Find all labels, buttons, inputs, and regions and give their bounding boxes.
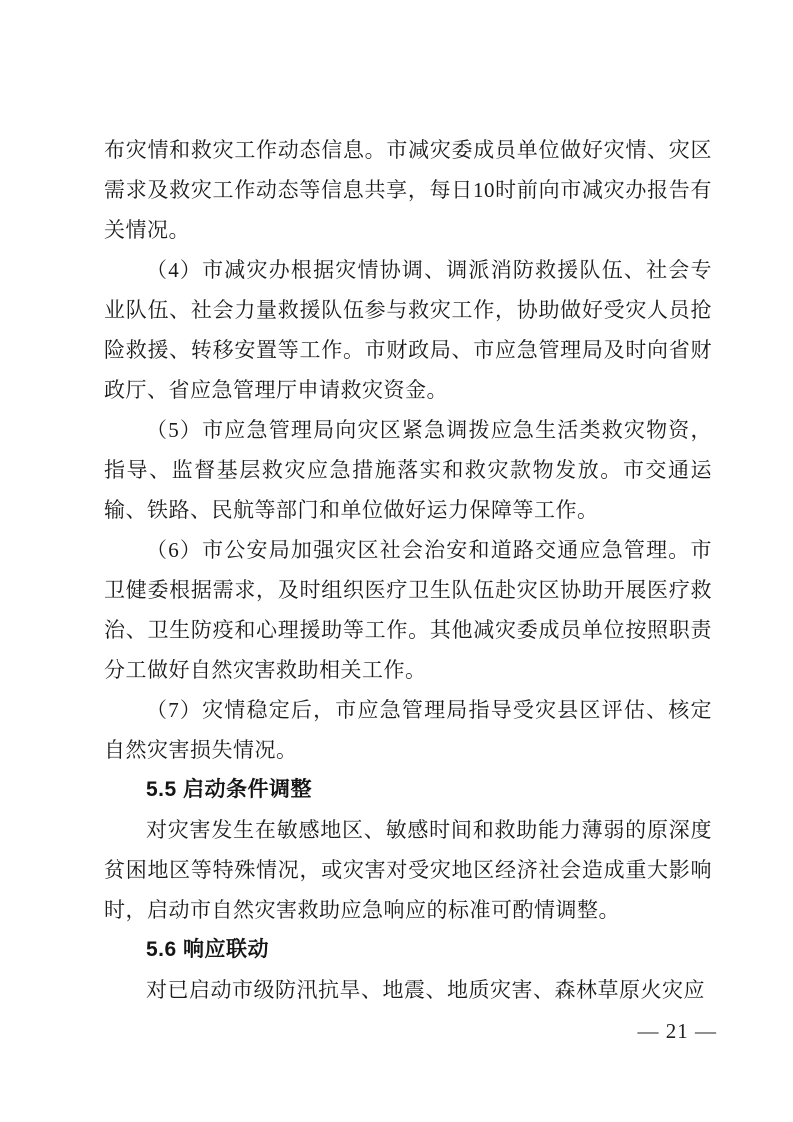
section-heading-5-6: 5.6 响应联动	[104, 930, 712, 970]
document-text-block: 布灾情和救灾工作动态信息。市减灾委成员单位做好灾情、灾区需求及救灾工作动态等信息…	[104, 130, 712, 1010]
adjustment-conditions-paragraph: 对灾害发生在敏感地区、敏感时间和救助能力薄弱的原深度贫困地区等特殊情况，或灾害对…	[104, 810, 712, 930]
paragraph-item-4: （4）市减灾办根据灾情协调、调派消防救援队伍、社会专业队伍、社会力量救援队伍参与…	[104, 250, 712, 410]
paragraph-item-5: （5）市应急管理局向灾区紧急调拨应急生活类救灾物资，指导、监督基层救灾应急措施落…	[104, 410, 712, 530]
paragraph-item-6: （6）市公安局加强灾区社会治安和道路交通应急管理。市卫健委根据需求，及时组织医疗…	[104, 530, 712, 690]
document-page: 布灾情和救灾工作动态信息。市减灾委成员单位做好灾情、灾区需求及救灾工作动态等信息…	[0, 0, 793, 1122]
page-number: — 21 —	[638, 1018, 718, 1044]
continuation-paragraph: 布灾情和救灾工作动态信息。市减灾委成员单位做好灾情、灾区需求及救灾工作动态等信息…	[104, 130, 712, 250]
paragraph-item-7: （7）灾情稳定后，市应急管理局指导受灾县区评估、核定自然灾害损失情况。	[104, 690, 712, 770]
response-linkage-paragraph: 对已启动市级防汛抗旱、地震、地质灾害、森林草原火灾应	[104, 970, 712, 1010]
section-heading-5-5: 5.5 启动条件调整	[104, 770, 712, 810]
